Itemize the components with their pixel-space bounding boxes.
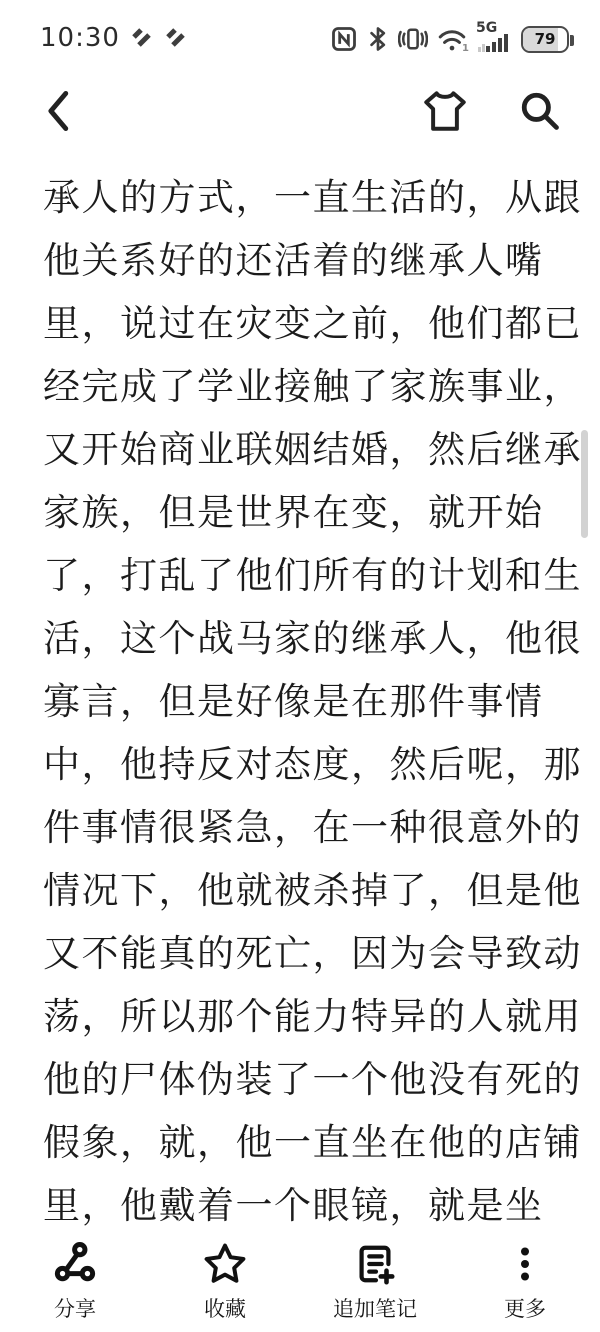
scrollbar-thumb[interactable] bbox=[581, 430, 588, 538]
app-screen: 10:30 bbox=[0, 0, 600, 1332]
text-line: 承人的方式，一直生活的，从跟 bbox=[43, 166, 564, 229]
shirt-icon bbox=[420, 119, 470, 138]
append-note-label: 追加笔记 bbox=[333, 1293, 417, 1323]
wifi-icon: 1 bbox=[437, 27, 467, 53]
text-line: 中，他持反对态度，然后呢，那 bbox=[43, 733, 564, 796]
text-line: 里，说过在灾变之前，他们都已 bbox=[43, 292, 564, 355]
more-label: 更多 bbox=[504, 1293, 546, 1323]
more-button[interactable]: 更多 bbox=[450, 1232, 600, 1332]
text-line: 他的尸体伪装了一个他没有死的 bbox=[43, 1048, 564, 1111]
wifi-sim-badge: 1 bbox=[462, 43, 469, 54]
bluetooth-icon bbox=[367, 25, 389, 53]
battery-percent: 79 bbox=[535, 32, 556, 47]
status-bar: 10:30 bbox=[0, 0, 600, 62]
text-line: 假象，就，他一直坐在他的店铺 bbox=[43, 1111, 564, 1174]
app-notification-icon bbox=[130, 26, 154, 50]
share-button[interactable]: 分享 bbox=[0, 1232, 150, 1332]
note-add-icon bbox=[352, 1240, 398, 1288]
star-icon bbox=[201, 1240, 249, 1288]
favorite-label: 收藏 bbox=[204, 1293, 246, 1323]
status-right: 1 5G 79 bbox=[330, 23, 574, 53]
vibrate-icon bbox=[398, 25, 428, 53]
nav-bar bbox=[0, 78, 600, 150]
battery-nub bbox=[570, 35, 574, 46]
text-line: 荡，所以那个能力特异的人就用 bbox=[43, 985, 564, 1048]
app-notification-icon bbox=[164, 26, 188, 50]
more-vertical-icon bbox=[505, 1240, 545, 1288]
text-line: 里，他戴着一个眼镜，就是坐 bbox=[43, 1174, 564, 1237]
note-text-body: 承人的方式，一直生活的，从跟 他关系好的还活着的继承人嘴 里，说过在灾变之前，他… bbox=[43, 166, 564, 1237]
nav-actions bbox=[420, 88, 562, 138]
append-note-button[interactable]: 追加笔记 bbox=[300, 1232, 450, 1332]
text-line: 他关系好的还活着的继承人嘴 bbox=[43, 229, 564, 292]
nfc-icon bbox=[330, 25, 358, 53]
text-line: 家族，但是世界在变，就开始 bbox=[43, 481, 564, 544]
signal-sim2-faint bbox=[478, 44, 485, 52]
text-line: 件事情很紧急，在一种很意外的 bbox=[43, 796, 564, 859]
theme-shirt-button[interactable] bbox=[420, 88, 470, 138]
text-line: 情况下，他就被杀掉了，但是他 bbox=[43, 859, 564, 922]
text-line: 经完成了学业接触了家族事业， bbox=[43, 355, 564, 418]
battery-icon: 79 bbox=[521, 26, 574, 53]
text-line: 了，打乱了他们所有的计划和生 bbox=[43, 544, 564, 607]
favorite-button[interactable]: 收藏 bbox=[150, 1232, 300, 1332]
text-line: 寡言，但是好像是在那件事情 bbox=[43, 670, 564, 733]
back-button[interactable] bbox=[44, 90, 78, 136]
signal-5g-icon: 5G bbox=[476, 23, 512, 53]
bottom-toolbar: 分享 收藏 追加笔记 bbox=[0, 1232, 600, 1332]
text-line: 活，这个战马家的继承人，他很 bbox=[43, 607, 564, 670]
share-nodes-icon bbox=[52, 1240, 98, 1288]
text-line: 又开始商业联姻结婚，然后继承 bbox=[43, 418, 564, 481]
status-left: 10:30 bbox=[40, 23, 188, 53]
search-icon bbox=[518, 119, 562, 138]
share-label: 分享 bbox=[54, 1293, 96, 1323]
clock-time: 10:30 bbox=[40, 23, 120, 53]
search-button[interactable] bbox=[518, 88, 562, 138]
back-chevron-icon bbox=[44, 88, 74, 138]
text-line: 又不能真的死亡，因为会导致动 bbox=[43, 922, 564, 985]
